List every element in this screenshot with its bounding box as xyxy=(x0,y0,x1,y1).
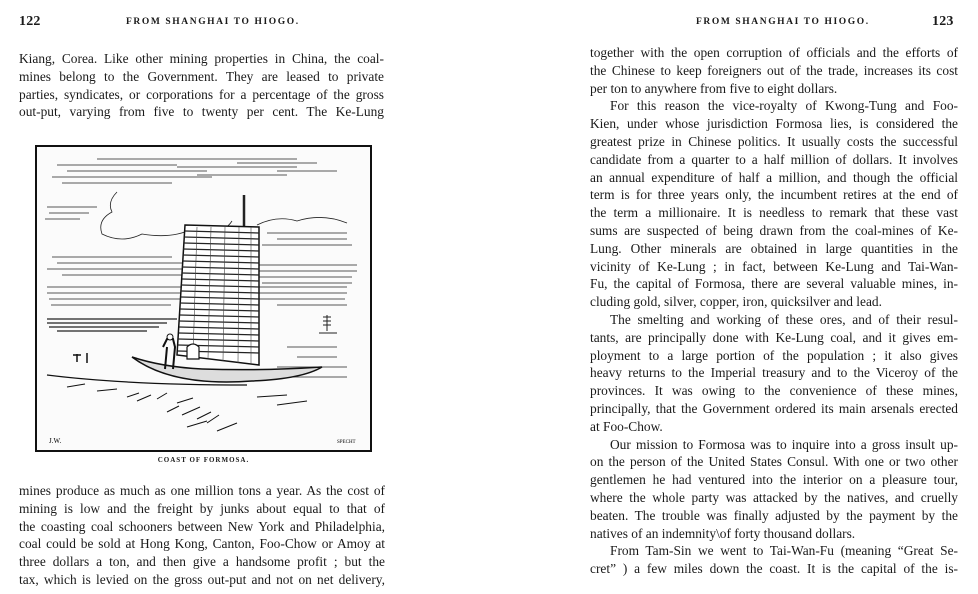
text-line: out-put, varying from five to twenty per… xyxy=(19,103,384,121)
text-line: tants, are principally done with Ke-Lung… xyxy=(590,329,958,347)
text-line: greatest prize in Chinese politics. It u… xyxy=(590,133,958,151)
right-page: FROM SHANGHAI TO HIOGO. 123 together wit… xyxy=(570,0,978,594)
text-line: where the whole party was attacked by th… xyxy=(590,489,958,507)
text-line: mines produce as much as one million ton… xyxy=(19,482,385,500)
text-line: ployment to a large portion of the popul… xyxy=(590,347,958,365)
text-line: Fu, the capital of Formosa, there are se… xyxy=(590,275,958,293)
left-page: 122 FROM SHANGHAI TO HIOGO. Kiang, Corea… xyxy=(0,0,490,594)
text-line: the Chinese to keep foreigners out of th… xyxy=(590,62,958,80)
text-line: The smelting and working of these ores, … xyxy=(590,311,958,329)
text-line: cret” ) a few miles down the coast. It i… xyxy=(590,560,958,578)
text-line: Our mission to Formosa was to inquire in… xyxy=(590,436,958,454)
text-line: natives of an indemnity\of forty thousan… xyxy=(590,525,958,543)
text-line: provinces. It was owing to the convenien… xyxy=(590,382,958,400)
text-line: the coasting coal schooners between New … xyxy=(19,518,385,536)
text-line: an annual expenditure of half a million,… xyxy=(590,169,958,187)
text-line: per ton to anywhere from five to eight d… xyxy=(590,80,958,98)
text-line: at Foo-Chow. xyxy=(590,418,958,436)
text-line: candidate from a quarter to a half milli… xyxy=(590,151,958,169)
text-line: Kiang, Corea. Like other mining properti… xyxy=(19,50,384,68)
text-line: cluding gold, silver, copper, iron, quic… xyxy=(590,293,958,311)
text-line: gentlemen he had ventured into the inter… xyxy=(590,471,958,489)
svg-text:SPECHT: SPECHT xyxy=(337,440,356,445)
text-line: From Tam-Sin we went to Tai-Wan-Fu (mean… xyxy=(590,542,958,560)
text-line: For this reason the vice-royalty of Kwon… xyxy=(590,97,958,115)
running-head-left: FROM SHANGHAI TO HIOGO. xyxy=(126,17,300,27)
running-head-right: FROM SHANGHAI TO HIOGO. xyxy=(696,17,870,27)
figure-caption: COAST OF FORMOSA. xyxy=(35,456,372,464)
left-top-paragraph: Kiang, Corea. Like other mining properti… xyxy=(19,50,384,121)
text-line: on the person of the United States Consu… xyxy=(590,453,958,471)
text-line: Kien, under whose jurisdiction Formosa l… xyxy=(590,115,958,133)
text-line: tax, which is levied on the gross out-pu… xyxy=(19,571,385,589)
text-line: Lung. Other minerals are obtained in lar… xyxy=(590,240,958,258)
right-body-text: together with the open corruption of off… xyxy=(590,44,958,578)
text-line: vicinity of Ke-Lung ; in fact, between K… xyxy=(590,258,958,276)
text-line: together with the open corruption of off… xyxy=(590,44,958,62)
junk-engraving-icon: J.W. SPECHT xyxy=(37,147,370,450)
text-line: mines belong to the Government. They are… xyxy=(19,68,384,86)
text-line: parties, syndicates, or corporations for… xyxy=(19,86,384,104)
text-line: beaten. The trouble was finally adjusted… xyxy=(590,507,958,525)
text-line: sums are suspected of being drawn from t… xyxy=(590,222,958,240)
svg-text:J.W.: J.W. xyxy=(49,437,61,445)
text-line: term is for three years only, the incumb… xyxy=(590,186,958,204)
text-line: the term a millionaire. It is needless t… xyxy=(590,204,958,222)
text-line: mining is low and the freight by junks a… xyxy=(19,500,385,518)
page-number-right: 123 xyxy=(932,14,954,30)
text-line: three dollars a ton, and then give a han… xyxy=(19,553,385,571)
page-number-left: 122 xyxy=(19,14,41,30)
left-bottom-paragraph: mines produce as much as one million ton… xyxy=(19,482,385,589)
text-line: heavy returns to the Imperial treasury a… xyxy=(590,364,958,382)
text-line: principally, that the Government ordered… xyxy=(590,400,958,418)
illustration-coast-of-formosa: J.W. SPECHT xyxy=(35,145,372,452)
text-line: coal could be sold at Hong Kong, Canton,… xyxy=(19,535,385,553)
